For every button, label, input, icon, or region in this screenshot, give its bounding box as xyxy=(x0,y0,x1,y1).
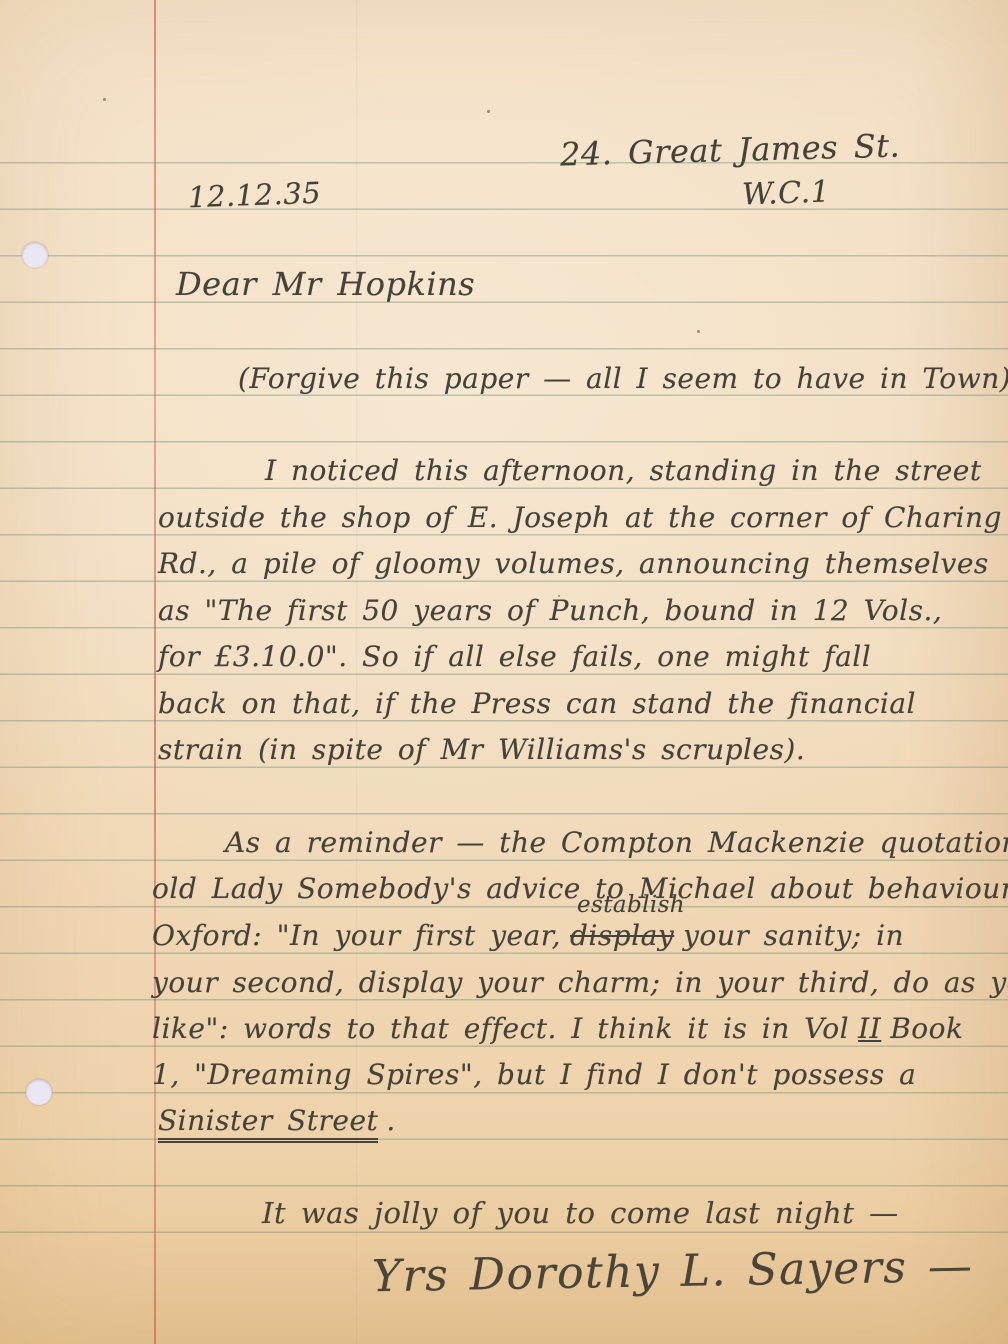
correction: establishdisplay xyxy=(561,919,683,952)
paper-speck xyxy=(697,330,700,333)
para2-line-5-post: Book xyxy=(890,1012,963,1045)
address-line-1: 24. Great James St. xyxy=(560,127,901,174)
book-title-underlined: Sinister Street xyxy=(158,1104,378,1143)
letter-page: 24. Great James St. W.C.1 12.12.35 Dear … xyxy=(0,0,1008,1344)
punch-hole-top xyxy=(22,242,48,268)
para1-line-1: I noticed this afternoon, standing in th… xyxy=(265,454,982,487)
para2-line-1: As a reminder — the Compton Mackenzie qu… xyxy=(225,826,1008,859)
date: 12.12.35 xyxy=(187,176,321,215)
signature: Yrs Dorothy L. Sayers — xyxy=(372,1241,974,1302)
para1-line-4: as "The first 50 years of Punch, bound i… xyxy=(158,594,942,627)
period: . xyxy=(386,1104,395,1137)
para2-line-3-post: your sanity; in xyxy=(683,919,904,952)
para2-line-7: Sinister Street. xyxy=(158,1104,396,1143)
aside-note: (Forgive this paper — all I seem to have… xyxy=(238,362,1008,395)
para2-line-5-pre: like": words to that effect. I think it … xyxy=(152,1012,849,1045)
para2-line-3: Oxford: "In your first year,establishdis… xyxy=(152,919,904,952)
margin-rule-line xyxy=(154,0,156,1344)
para2-line-5: like": words to that effect. I think it … xyxy=(152,1012,963,1045)
para2-line-6: 1, "Dreaming Spires", but I find I don't… xyxy=(152,1058,916,1091)
para1-line-3: Rd., a pile of gloomy volumes, announcin… xyxy=(158,547,989,580)
para2-line-4: your second, display your charm; in your… xyxy=(152,966,1008,999)
struck-word: display xyxy=(570,919,674,952)
para2-line-3-pre: Oxford: "In your first year, xyxy=(152,919,561,952)
address-line-2: W.C.1 xyxy=(741,174,830,212)
para1-line-7: strain (in spite of Mr Williams's scrupl… xyxy=(158,733,805,766)
para1-line-6: back on that, if the Press can stand the… xyxy=(158,687,916,720)
punch-hole-bottom xyxy=(26,1079,52,1105)
para1-line-5: for £3.10.0". So if all else fails, one … xyxy=(158,640,871,673)
salutation: Dear Mr Hopkins xyxy=(176,265,475,303)
paper-speck xyxy=(103,98,106,101)
paper-speck xyxy=(487,110,490,113)
para1-line-2: outside the shop of E. Joseph at the cor… xyxy=(158,501,1008,534)
closing-line: It was jolly of you to come last night — xyxy=(262,1196,899,1230)
roman-numeral: II xyxy=(858,1012,881,1045)
inserted-word: establish xyxy=(577,892,685,918)
